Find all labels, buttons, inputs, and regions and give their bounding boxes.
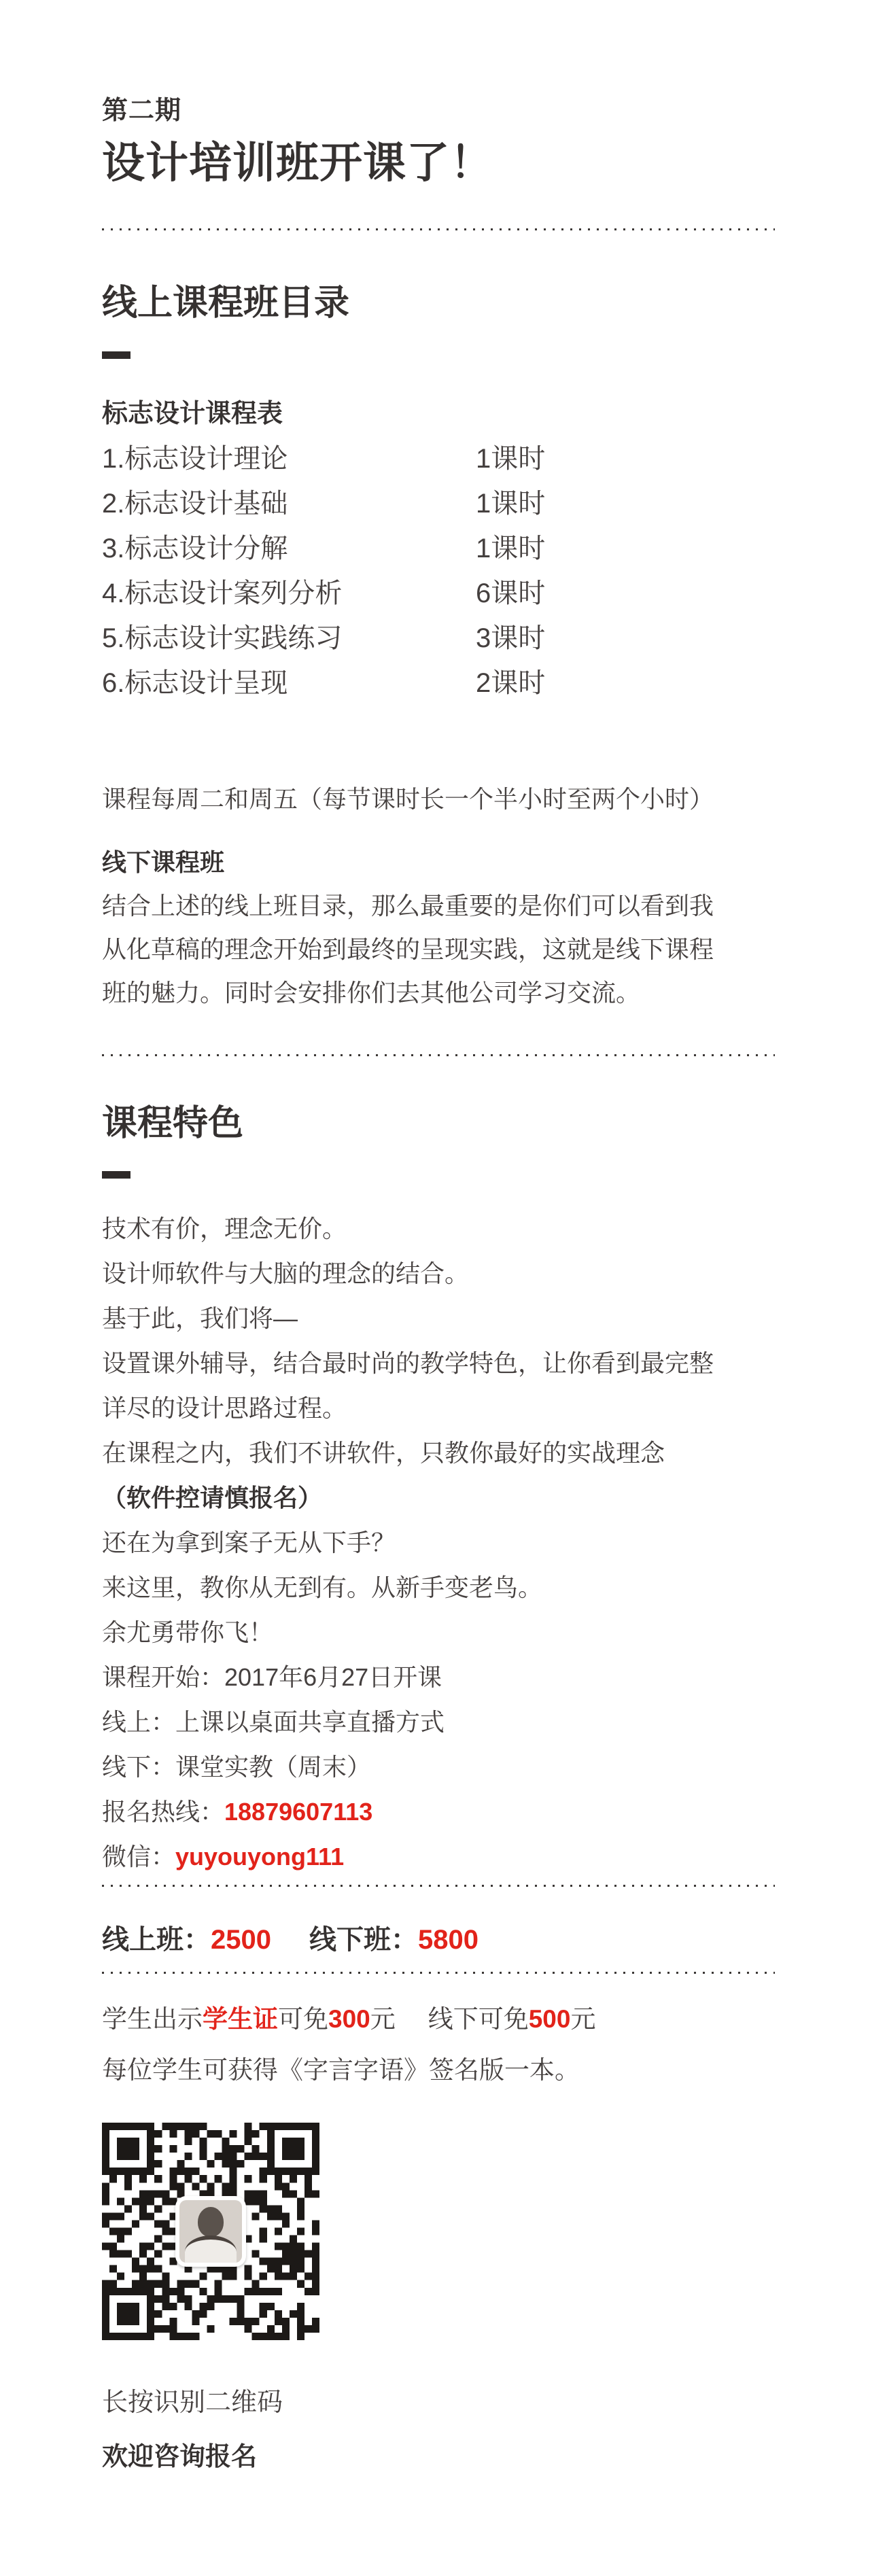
feature-line: 来这里，教你从无到有。从新手变老鸟。 <box>102 1565 775 1610</box>
course-list: 1.标志设计理论 1课时 2.标志设计基础 1课时 3.标志设计分解 1课时 4… <box>102 436 775 706</box>
feature-line: 详尽的设计思路过程。 <box>102 1386 775 1431</box>
hotline-label: 报名热线： <box>102 1798 224 1826</box>
deduct-amount: 300 <box>328 2005 370 2033</box>
dotted-divider <box>102 1972 775 1974</box>
course-row: 3.标志设计分解 1课时 <box>102 526 775 571</box>
deduct-label: 可免 <box>278 2005 328 2033</box>
offline-desc-line: 从化草稿的理念开始到最终的呈现实践，这就是线下课程 <box>102 928 775 971</box>
feature-line: 还在为拿到案子无从下手？ <box>102 1520 775 1565</box>
course-name: 2.标志设计基础 <box>102 481 476 526</box>
qr-center-avatar <box>175 2196 246 2267</box>
wechat-qr-code[interactable] <box>102 2123 319 2340</box>
features-dash-ornament <box>102 1171 130 1179</box>
yuan-unit: 元 <box>570 2005 595 2033</box>
online-class-label: 线上班： <box>102 1925 211 1955</box>
feature-line: 技术有价，理念无价。 <box>102 1206 775 1251</box>
course-hours: 1课时 <box>476 526 775 571</box>
course-hours: 1课时 <box>476 481 775 526</box>
course-hours: 6课时 <box>476 571 775 616</box>
course-name: 6.标志设计呈现 <box>102 661 476 706</box>
dotted-divider <box>102 1054 775 1056</box>
course-name: 3.标志设计分解 <box>102 526 476 571</box>
student-id-highlight: 学生证 <box>203 2005 278 2033</box>
avatar-photo <box>179 2200 242 2263</box>
offline-deduct-amount: 500 <box>529 2005 571 2033</box>
hotline-line: 报名热线：18879607113 <box>102 1790 775 1834</box>
offline-format-line: 线下：课堂实教（周末） <box>102 1745 775 1790</box>
offline-desc-line: 结合上述的线上班目录，那么最重要的是你们可以看到我 <box>102 884 775 928</box>
offline-desc-line: 班的魅力。同时会安排你们去其他公司学习交流。 <box>102 971 775 1015</box>
course-name: 5.标志设计实践练习 <box>102 616 476 661</box>
wechat-id: yuyouyong111 <box>175 1843 344 1870</box>
course-row: 5.标志设计实践练习 3课时 <box>102 616 775 661</box>
offline-class-label: 线下班： <box>309 1925 418 1955</box>
course-row: 2.标志设计基础 1课时 <box>102 481 775 526</box>
feature-line: 余尤勇带你飞！ <box>102 1610 775 1655</box>
yuan-unit: 元 <box>370 2005 396 2033</box>
offline-class-price: 5800 <box>418 1925 478 1955</box>
course-row: 1.标志设计理论 1课时 <box>102 436 775 481</box>
offline-class-title: 线下课程班 <box>102 848 775 877</box>
course-hours: 3课时 <box>476 616 775 661</box>
online-class-price: 2500 <box>211 1925 271 1955</box>
catalog-dash-ornament <box>102 351 130 359</box>
course-row: 6.标志设计呈现 2课时 <box>102 661 775 706</box>
discount-prefix: 学生出示 <box>102 2005 203 2033</box>
course-name: 1.标志设计理论 <box>102 436 476 481</box>
wechat-label: 微信： <box>102 1843 175 1870</box>
welcome-text: 欢迎咨询报名 <box>102 2442 775 2472</box>
page-title: 设计培训班开课了！ <box>102 139 775 188</box>
course-table-subheading: 标志设计课程表 <box>102 400 775 430</box>
online-format-line: 线上：上课以桌面共享直播方式 <box>102 1700 775 1745</box>
feature-line: 设计师软件与大脑的理念的结合。 <box>102 1251 775 1296</box>
software-warning-line: （软件控请慎报名） <box>102 1476 775 1520</box>
course-start-line: 课程开始：2017年6月27日开课 <box>102 1655 775 1700</box>
hotline-number[interactable]: 18879607113 <box>224 1798 372 1826</box>
student-discount-line: 学生出示学生证可免300元线下可免500元 <box>102 2004 775 2034</box>
dotted-divider <box>102 228 775 230</box>
catalog-section-heading: 线上课程班目录 <box>102 283 775 324</box>
qr-hint-text: 长按识别二维码 <box>102 2388 775 2418</box>
feature-line: 在课程之内，我们不讲软件，只教你最好的实战理念 <box>102 1431 775 1476</box>
article-body: 第二期 设计培训班开课了！ 线上课程班目录 标志设计课程表 1.标志设计理论 1… <box>0 0 870 2472</box>
course-row: 4.标志设计案列分析 6课时 <box>102 571 775 616</box>
features-section-heading: 课程特色 <box>102 1104 775 1145</box>
features-text-block: 技术有价，理念无价。 设计师软件与大脑的理念的结合。 基于此，我们将— 设置课外… <box>102 1206 775 1879</box>
feature-line: 设置课外辅导，结合最时尚的教学特色，让你看到最完整 <box>102 1341 775 1386</box>
dotted-divider <box>102 1885 775 1887</box>
course-hours: 2课时 <box>476 661 775 706</box>
wechat-line: 微信：yuyouyong111 <box>102 1834 775 1879</box>
course-name: 4.标志设计案列分析 <box>102 571 476 616</box>
issue-label: 第二期 <box>102 0 775 126</box>
offline-deduct-label: 线下可免 <box>428 2005 529 2033</box>
feature-line: 基于此，我们将— <box>102 1296 775 1341</box>
offline-class-description: 结合上述的线上班目录，那么最重要的是你们可以看到我 从化草稿的理念开始到最终的呈… <box>102 884 775 1015</box>
gift-line: 每位学生可获得《字言字语》签名版一本。 <box>102 2055 775 2085</box>
schedule-note: 课程每周二和周五（每节课时长一个半小时至两个小时） <box>102 784 775 814</box>
price-line: 线上班：2500线下班：5800 <box>102 1924 775 1955</box>
course-hours: 1课时 <box>476 436 775 481</box>
